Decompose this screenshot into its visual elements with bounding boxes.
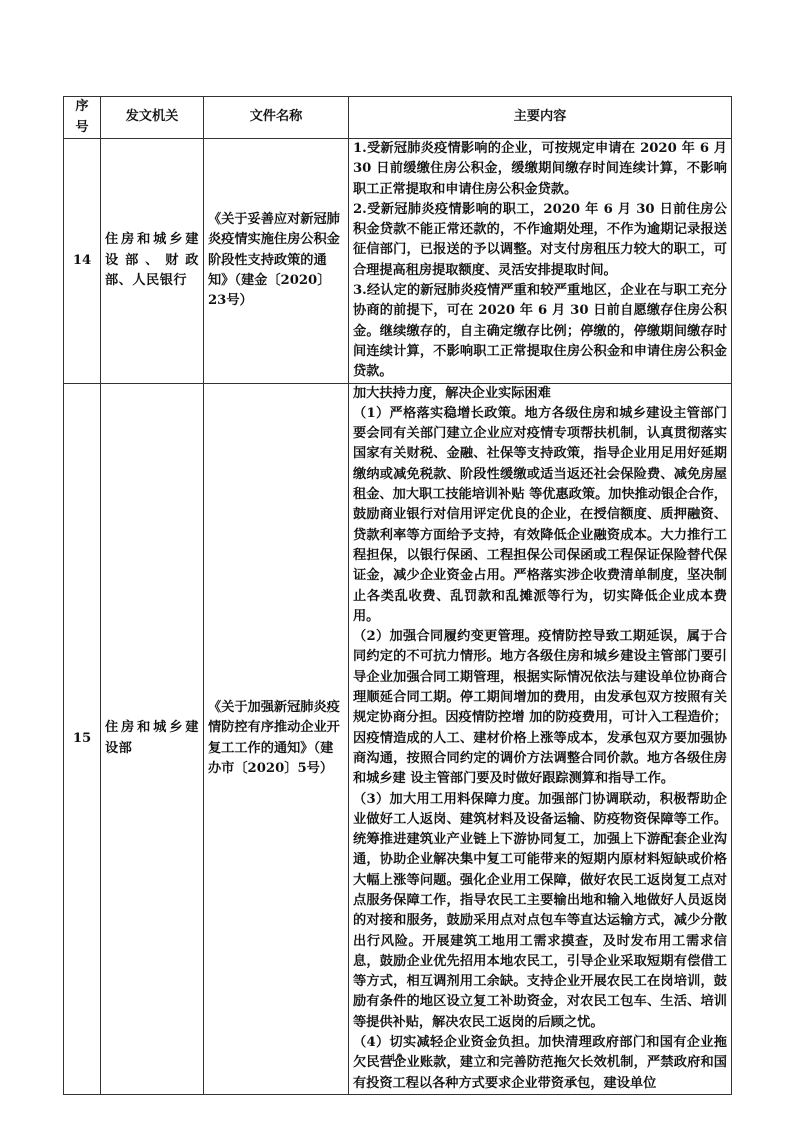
content-heading: 加大扶持力度，解决企业实际困难 — [353, 384, 727, 404]
header-issuer: 发文机关 — [101, 97, 204, 139]
header-content: 主要内容 — [349, 97, 732, 139]
row-seq: 14 — [64, 139, 101, 384]
row-issuer: 住房和城乡建设部、财政部、人民银行 — [101, 139, 204, 384]
table-header-row: 序号 发文机关 文件名称 主要内容 — [64, 97, 732, 139]
row-content: 加大扶持力度，解决企业实际困难 （1）严格落实稳增长政策。地方各级住房和城乡建设… — [349, 383, 732, 1094]
content-paragraph: 3.经认定的新冠肺炎疫情严重和较严重地区，企业在与职工充分协商的前提下，可在 2… — [353, 281, 727, 382]
document-page: 序号 发文机关 文件名称 主要内容 14 住房和城乡建设部、财政部、人民银行 《… — [0, 0, 793, 1122]
row-issuer: 住房和城乡建设部 — [101, 383, 204, 1094]
page-number: 10 — [0, 1052, 793, 1064]
content-paragraph: （3）加大用工用料保障力度。加强部门协调联动，积极帮助企业做好工人返岗、建筑材料… — [353, 790, 727, 1034]
row-document: 《关于妥善应对新冠肺炎疫情实施住房公积金阶段性支持政策的通知》（建金〔2020〕… — [204, 139, 349, 384]
header-document: 文件名称 — [204, 97, 349, 139]
content-paragraph: 1.受新冠肺炎疫情影响的企业，可按规定申请在 2020 年 6 月 30 日前缓… — [353, 139, 727, 200]
content-paragraph: 2.受新冠肺炎疫情影响的职工，2020 年 6 月 30 日前住房公积金贷款不能… — [353, 200, 727, 281]
row-content: 1.受新冠肺炎疫情影响的企业，可按规定申请在 2020 年 6 月 30 日前缓… — [349, 139, 732, 384]
row-document: 《关于加强新冠肺炎疫情防控有序推动企业开复工工作的通知》（建办市〔2020〕5号… — [204, 383, 349, 1094]
header-seq: 序号 — [64, 97, 101, 139]
row-seq: 15 — [64, 383, 101, 1094]
content-paragraph: （1）严格落实稳增长政策。地方各级住房和城乡建设主管部门要会同有关部门建立企业应… — [353, 404, 727, 627]
content-paragraph: （2）加强合同履约变更管理。疫情防控导致工期延误，属于合同约定的不可抗力情形。地… — [353, 627, 727, 789]
table-row: 15 住房和城乡建设部 《关于加强新冠肺炎疫情防控有序推动企业开复工工作的通知》… — [64, 383, 732, 1094]
policy-table: 序号 发文机关 文件名称 主要内容 14 住房和城乡建设部、财政部、人民银行 《… — [63, 96, 732, 1095]
table-row: 14 住房和城乡建设部、财政部、人民银行 《关于妥善应对新冠肺炎疫情实施住房公积… — [64, 139, 732, 384]
